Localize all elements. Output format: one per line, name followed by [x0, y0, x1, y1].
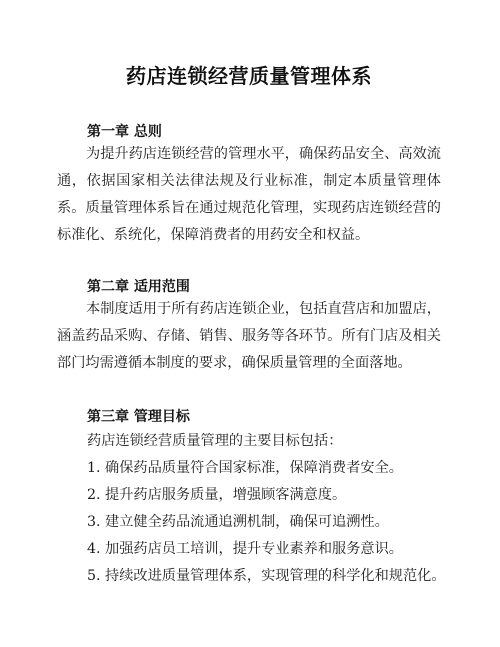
chapter-3-intro: 药店连锁经营质量管理的主要目标包括：	[87, 431, 342, 451]
list-item: 4. 加强药店员工培训，提升专业素养和服务意识。	[87, 539, 403, 559]
list-item: 3. 建立健全药品流通追溯机制，确保可追溯性。	[87, 512, 389, 532]
chapter-1-text: 为提升药店连锁经营的管理水平，确保药品安全、高效流通，依据国家相关法律法规及行业…	[57, 146, 441, 243]
chapter-1-paragraph: 为提升药店连锁经营的管理水平，确保药品安全、高效流通，依据国家相关法律法规及行业…	[57, 141, 441, 249]
list-item: 1. 确保药品质量符合国家标准，保障消费者安全。	[87, 458, 403, 478]
chapter-2-text: 本制度适用于所有药店连锁企业，包括直营店和加盟店，涵盖药品采购、存储、销售、服务…	[57, 301, 441, 371]
chapter-1-heading: 第一章 总则	[87, 121, 162, 141]
document-title: 药店连锁经营质量管理体系	[57, 60, 441, 89]
chapter-2-heading: 第二章 适用范围	[87, 276, 190, 296]
list-item: 5. 持续改进质量管理体系，实现管理的科学化和规范化。	[87, 566, 446, 586]
list-item: 2. 提升药店服务质量，增强顾客满意度。	[87, 485, 346, 505]
chapter-3-heading: 第三章 管理目标	[87, 406, 190, 426]
chapter-2-paragraph: 本制度适用于所有药店连锁企业，包括直营店和加盟店，涵盖药品采购、存储、销售、服务…	[57, 296, 441, 377]
